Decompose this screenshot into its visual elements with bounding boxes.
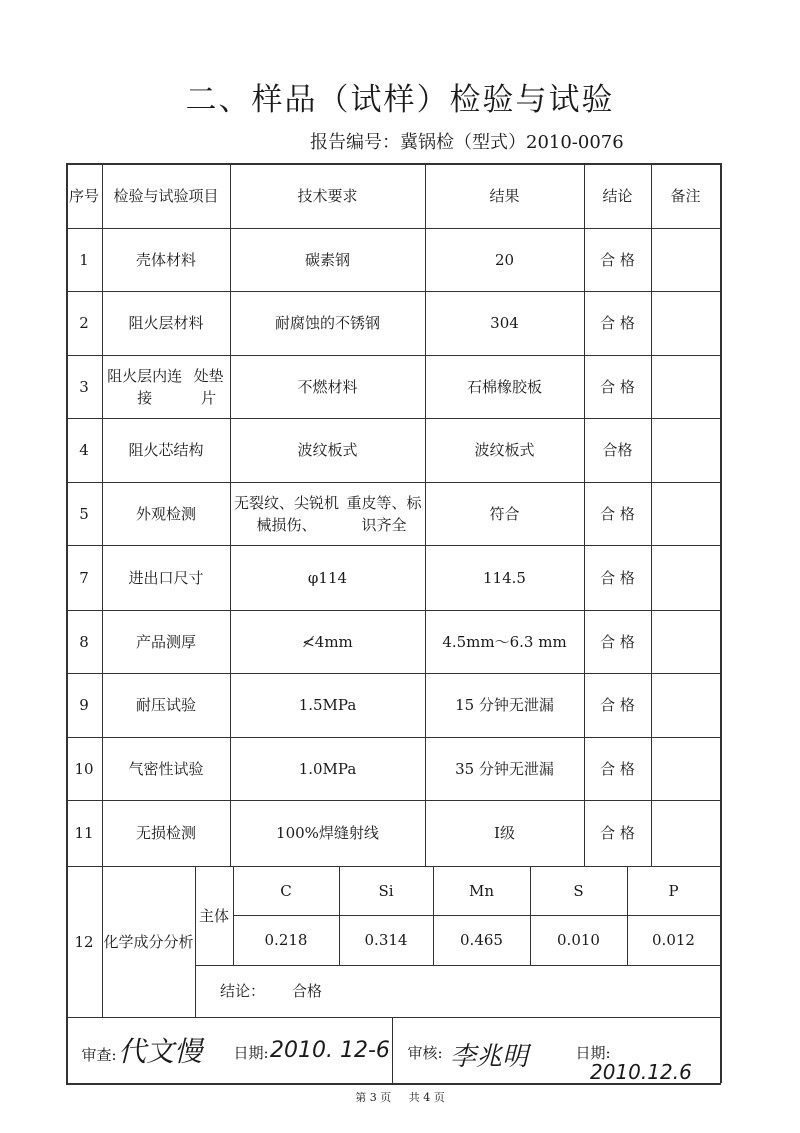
row-remarks xyxy=(651,800,720,866)
row-item: 无损检测 xyxy=(102,800,230,866)
row-remarks xyxy=(651,673,720,737)
row-remarks xyxy=(651,737,720,800)
row-conclusion: 合格 xyxy=(584,418,651,482)
page-title: 二、样品（试样）检验与试验 xyxy=(0,74,800,119)
chem-value: 0.465 xyxy=(433,915,530,965)
row-item: 进出口尺寸 xyxy=(102,545,230,610)
row-conclusion: 合 格 xyxy=(584,355,651,418)
row-conclusion: 合 格 xyxy=(584,737,651,800)
review-label: 审查: xyxy=(74,1040,124,1070)
row-requirement: φ114 xyxy=(230,545,425,610)
review-date: 2010. 12-6 xyxy=(270,1038,390,1063)
row-item: 耐压试验 xyxy=(102,673,230,737)
chem-value: 0.012 xyxy=(627,915,720,965)
row-remarks xyxy=(651,610,720,673)
row-requirement: ≮4mm xyxy=(230,610,425,673)
row-item: 外观检测 xyxy=(102,482,230,545)
header-item: 检验与试验项目 xyxy=(102,163,230,228)
header-requirement: 技术要求 xyxy=(230,163,425,228)
row-result: 35 分钟无泄漏 xyxy=(425,737,584,800)
row-item: 阻火层材料 xyxy=(102,291,230,355)
row-conclusion: 合 格 xyxy=(584,610,651,673)
row-seq: 2 xyxy=(66,291,102,355)
row-item: 阻火芯结构 xyxy=(102,418,230,482)
row-seq: 10 xyxy=(66,737,102,800)
row-conclusion: 合 格 xyxy=(584,673,651,737)
table-rule xyxy=(66,1017,721,1018)
chem-value: 0.314 xyxy=(339,915,433,965)
row-item: 阻火层内连接处垫片 xyxy=(102,355,230,418)
row-conclusion: 合 格 xyxy=(584,228,651,291)
chem-group-label: 主体 xyxy=(195,866,233,965)
row-requirement: 1.5MPa xyxy=(230,673,425,737)
row-seq: 9 xyxy=(66,673,102,737)
chem-element: C xyxy=(233,866,339,915)
header-remarks: 备注 xyxy=(651,163,720,228)
table-right-border xyxy=(720,163,722,1083)
row-conclusion: 合 格 xyxy=(584,545,651,610)
header-seq: 序号 xyxy=(66,163,102,228)
row-seq: 11 xyxy=(66,800,102,866)
row-requirement: 不燃材料 xyxy=(230,355,425,418)
chem-item: 化学成分分析 xyxy=(102,866,195,1017)
row-requirement: 100%焊缝射线 xyxy=(230,800,425,866)
row-result: 20 xyxy=(425,228,584,291)
row-seq: 3 xyxy=(66,355,102,418)
chem-seq: 12 xyxy=(66,866,102,1017)
page-total: 共 4 页 xyxy=(409,1091,445,1104)
row-result: 符合 xyxy=(425,482,584,545)
row-result: 石棉橡胶板 xyxy=(425,355,584,418)
review-signature: 代文慢 xyxy=(118,1030,202,1070)
row-seq: 4 xyxy=(66,418,102,482)
approve-signature: 李兆明 xyxy=(450,1036,528,1073)
review-date-label: 日期: xyxy=(226,1038,276,1068)
row-conclusion: 合 格 xyxy=(584,800,651,866)
row-remarks xyxy=(651,355,720,418)
row-seq: 8 xyxy=(66,610,102,673)
row-requirement: 耐腐蚀的不锈钢 xyxy=(230,291,425,355)
row-seq: 7 xyxy=(66,545,102,610)
row-result: 114.5 xyxy=(425,545,584,610)
chem-element: Si xyxy=(339,866,433,915)
row-remarks xyxy=(651,291,720,355)
row-remarks xyxy=(651,418,720,482)
row-result: 4.5mm～6.3 mm xyxy=(425,610,584,673)
row-seq: 5 xyxy=(66,482,102,545)
row-item: 产品测厚 xyxy=(102,610,230,673)
chem-element: P xyxy=(627,866,720,915)
row-conclusion: 合 格 xyxy=(584,482,651,545)
page-number: 第 3 页 xyxy=(355,1091,391,1104)
row-requirement: 碳素钢 xyxy=(230,228,425,291)
row-requirement: 波纹板式 xyxy=(230,418,425,482)
row-item: 气密性试验 xyxy=(102,737,230,800)
row-result: Ⅰ级 xyxy=(425,800,584,866)
row-conclusion: 合 格 xyxy=(584,291,651,355)
header-result: 结果 xyxy=(425,163,584,228)
page-footer: 第 3 页 共 4 页 xyxy=(0,1089,800,1105)
row-requirement: 无裂纹、尖锐机械损伤、重皮等、标识齐全 xyxy=(230,482,425,545)
chem-conclusion-value: 合格 xyxy=(292,965,352,1017)
chem-element: Mn xyxy=(433,866,530,915)
header-conclusion: 结论 xyxy=(584,163,651,228)
chem-conclusion-label: 结论： xyxy=(220,965,280,1017)
chem-value: 0.010 xyxy=(530,915,627,965)
row-seq: 1 xyxy=(66,228,102,291)
signature-divider xyxy=(392,1017,393,1083)
row-remarks xyxy=(651,545,720,610)
row-remarks xyxy=(651,228,720,291)
row-requirement: 1.0MPa xyxy=(230,737,425,800)
row-remarks xyxy=(651,482,720,545)
approve-label: 审核: xyxy=(400,1038,450,1068)
row-result: 波纹板式 xyxy=(425,418,584,482)
chem-element: S xyxy=(530,866,627,915)
row-result: 304 xyxy=(425,291,584,355)
chem-value: 0.218 xyxy=(233,915,339,965)
report-number: 报告编号：冀锅检（型式）2010-0076 xyxy=(310,128,624,154)
approve-date: 2010.12.6 xyxy=(590,1060,692,1084)
row-result: 15 分钟无泄漏 xyxy=(425,673,584,737)
row-item: 壳体材料 xyxy=(102,228,230,291)
